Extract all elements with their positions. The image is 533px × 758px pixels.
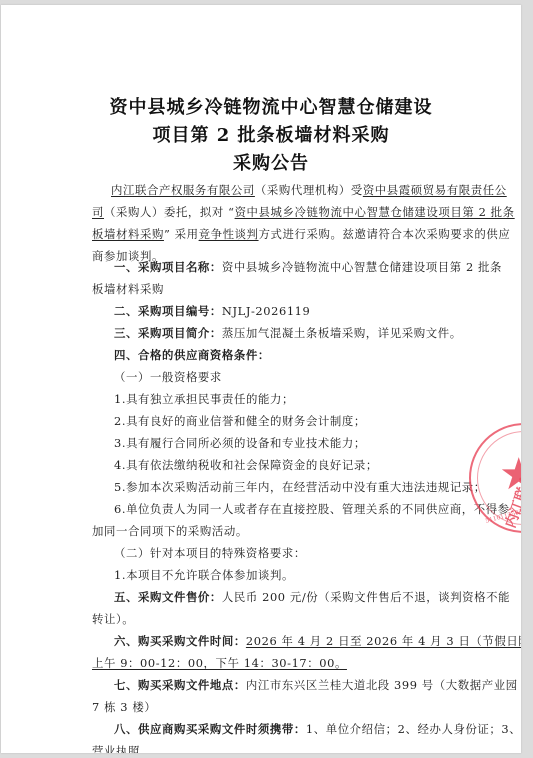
section-7-line-2: 7 栋 3 楼）: [92, 699, 156, 715]
section-1-line-2: 板墙材料采购: [92, 281, 164, 297]
section-6-label: 六、购买采购文件时间：: [114, 634, 246, 648]
section-8-line-1: 八、供应商购买采购文件时须携带：1、单位介绍信；2、经办人身份证；3、: [114, 721, 521, 737]
section-3-label: 三、采购项目简介：: [114, 326, 222, 340]
special-requirement-item: 1.本项目不允许联合体参加谈判。: [114, 567, 294, 583]
requirement-item-continued: 加同一合同项下的采购活动。: [92, 523, 248, 539]
requirement-item: 3.具有履行合同所必须的设备和专业技术能力；: [114, 435, 366, 451]
requirement-item: 4.具有依法缴纳税收和社会保障资金的良好记录；: [114, 457, 378, 473]
project-number: NJLJ-2026119: [222, 304, 310, 318]
requirement-item: 5.参加本次采购活动前三年内，在经营活动中没有重大违法违规记录；: [114, 479, 486, 495]
section-3: 三、采购项目简介：蒸压加气混凝土条板墙采购，详见采购文件。: [114, 325, 462, 341]
requirement-item: 1.具有独立承担民事责任的能力；: [114, 391, 294, 407]
agency-name: 内江联合产权服务有限公司: [111, 183, 255, 197]
section-1-line-1: 一、采购项目名称：资中县城乡冷链物流中心智慧仓储建设项目第 2 批条: [114, 259, 502, 275]
purchaser-name: 资中县霞硕贸易有限责任公: [363, 183, 507, 197]
section-7-line-1: 七、购买采购文件地点：内江市东兴区兰桂大道北段 399 号（大数据产业园: [114, 677, 518, 693]
section-8-label: 八、供应商购买采购文件时须携带：: [114, 722, 306, 736]
section-6-line-1: 六、购买采购文件时间：2026 年 4 月 2 日至 2026 年 4 月 3 …: [114, 633, 521, 649]
title-line-1: 资中县城乡冷链物流中心智慧仓储建设: [1, 93, 521, 119]
section-2: 二、采购项目编号：NJLJ-2026119: [114, 303, 310, 319]
section-5-line-1: 五、采购文件售价：人民币 200 元/份（采购文件售后不退，谈判资格不能: [114, 589, 510, 605]
title-line-2: 项目第 2 批条板墙材料采购: [1, 121, 521, 147]
requirement-item: 6.单位负责人为同一人或者存在直接控股、管理关系的不同供应商，不得参: [114, 501, 510, 517]
requirement-item: 2.具有良好的商业信誉和健全的财务会计制度；: [114, 413, 366, 429]
purchase-period: 2026 年 4 月 2 日至 2026 年 4 月 3 日（节假日除外），: [246, 634, 521, 648]
section-6-line-2: 上午 9：00-12：00，下午 14：30-17：00。: [92, 655, 347, 671]
section-2-label: 二、采购项目编号：: [114, 304, 222, 318]
section-7-label: 七、购买采购文件地点：: [114, 678, 246, 692]
section-8-line-2: 营业执照。: [92, 743, 152, 753]
special-requirements-heading: （二）针对本项目的特殊资格要求：: [114, 545, 306, 561]
project-name: 资中县城乡冷链物流中心智慧仓储建设项目第 2 批条: [235, 205, 515, 219]
section-1-label: 一、采购项目名称：: [114, 260, 222, 274]
intro-line-3: 板墙材料采购” 采用竞争性谈判方式进行采购。兹邀请符合本次采购要求的供应: [92, 226, 510, 242]
section-4-label: 四、合格的供应商资格条件：: [114, 347, 270, 363]
document-price: 人民币 200 元/份（采购文件售后不退，谈判资格不能: [222, 590, 510, 604]
section-5-label: 五、采购文件售价：: [114, 590, 222, 604]
intro-line-1: 内江联合产权服务有限公司（采购代理机构）受资中县霞硕贸易有限责任公: [111, 182, 507, 198]
section-5-line-2: 转让）。: [92, 611, 134, 627]
general-requirements-heading: （一）一般资格要求: [114, 369, 222, 385]
title-line-3: 采购公告: [1, 149, 521, 175]
document-page: 资中县城乡冷链物流中心智慧仓储建设 项目第 2 批条板墙材料采购 采购公告 内江…: [1, 5, 521, 753]
intro-line-2: 司（采购人）委托，拟对 “资中县城乡冷链物流中心智慧仓储建设项目第 2 批条: [92, 204, 515, 220]
procurement-method: 竞争性谈判: [199, 227, 259, 241]
purchase-location: 内江市东兴区兰桂大道北段 399 号（大数据产业园: [246, 678, 518, 692]
